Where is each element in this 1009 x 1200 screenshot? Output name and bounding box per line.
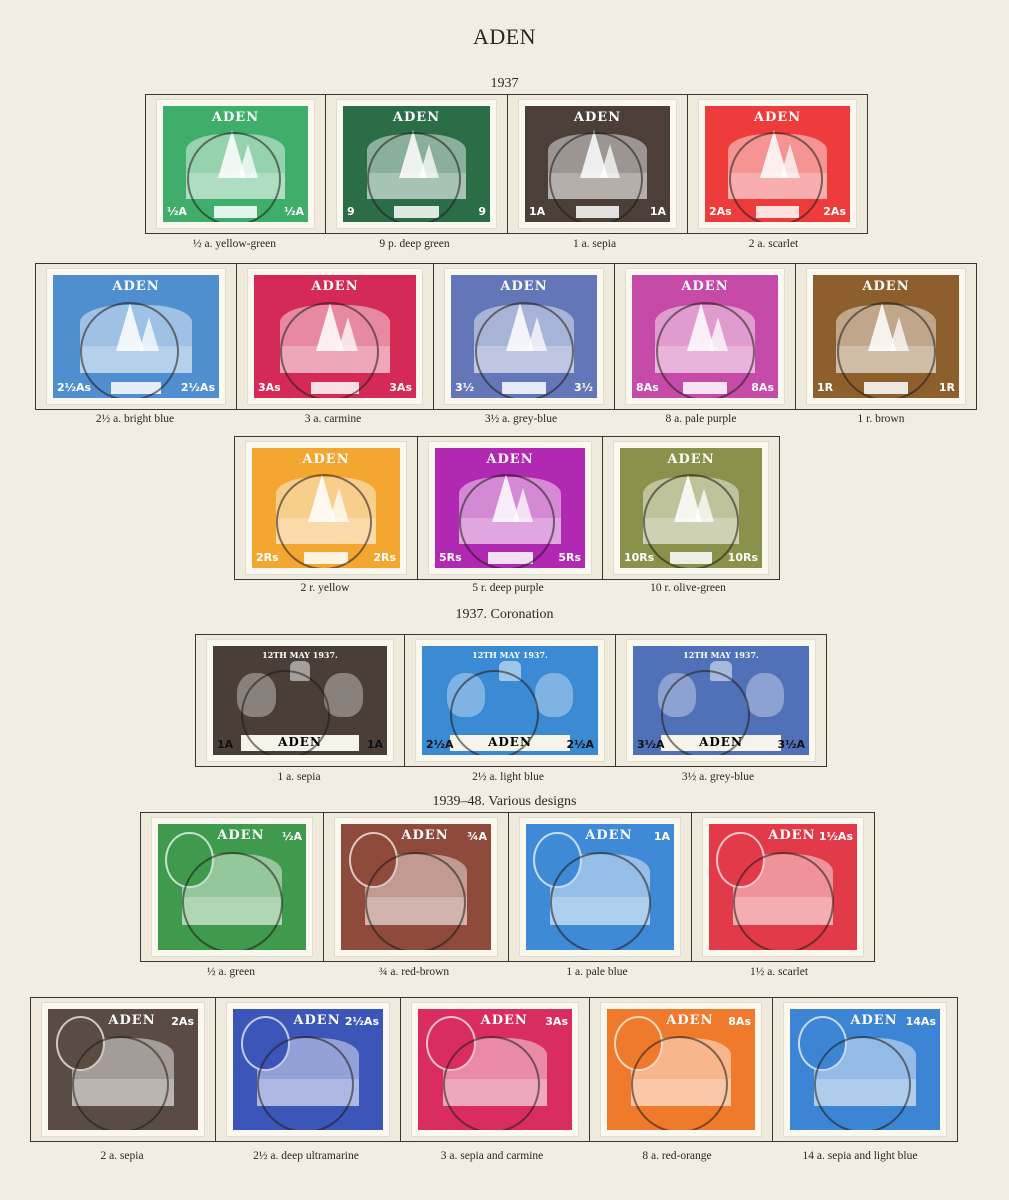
king-portrait	[324, 673, 362, 717]
stamp: ADEN8As	[601, 1003, 761, 1136]
postmark	[459, 474, 555, 568]
stamp: ADEN½A	[152, 818, 312, 956]
stamp-date: 12TH MAY 1937.	[213, 650, 387, 660]
stamp: ADEN3½3½	[445, 269, 603, 404]
stamp-value: 3½A	[637, 738, 665, 751]
postmark	[443, 1036, 540, 1130]
stamp-country-label: ADEN	[651, 1013, 728, 1028]
stamp-slot: ADEN3½3½	[434, 264, 615, 409]
stamp-value: 5Rs	[439, 551, 462, 564]
stamp-country-label: ADEN	[620, 452, 762, 467]
page-title: ADEN	[0, 24, 1009, 50]
stamp-caption: 2½ a. light blue	[472, 771, 544, 783]
stamp-caption: 8 a. pale purple	[666, 413, 737, 425]
postmark	[475, 302, 574, 398]
stamp-value: 1A	[650, 205, 666, 218]
section-heading: 1937. Coronation	[0, 607, 1009, 623]
stamp: ADEN2Rs2Rs	[246, 442, 406, 574]
king-portrait	[746, 673, 785, 717]
stamp-value: 3As	[389, 381, 412, 394]
stamp-slot: ADEN5Rs5Rs	[418, 437, 603, 579]
stamp-caption: 3 a. carmine	[305, 413, 362, 425]
stamp-value: 9	[478, 205, 486, 218]
postmark	[729, 132, 823, 222]
stamp-caption: 5 r. deep purple	[472, 582, 544, 594]
stamp-value: 1½As	[819, 830, 853, 843]
stamp-value: 2As	[823, 205, 846, 218]
stamp: ADEN2½As	[227, 1003, 389, 1136]
postmark	[643, 474, 739, 568]
stamp-value: 3½A	[777, 738, 805, 751]
stamp-country-label: ADEN	[451, 279, 597, 294]
stamp-country-label: ADEN	[813, 279, 959, 294]
stamp-caption: ½ a. yellow-green	[193, 238, 276, 250]
stamp-country-label: ADEN	[464, 1013, 544, 1028]
stamp-date: 12TH MAY 1937.	[422, 650, 598, 660]
stamp: ADEN1R1R	[807, 269, 965, 404]
stamp-row: ADEN2AsADEN2½AsADEN3AsADEN8AsADEN14As	[30, 997, 958, 1142]
stamp-caption: 1 a. sepia	[277, 771, 320, 783]
stamp-value: 2Rs	[373, 551, 396, 564]
stamp-row: ADEN½A½AADEN99ADEN1A1AADEN2As2As	[145, 94, 868, 234]
stamp-value: 8As	[751, 381, 774, 394]
stamp-slot: 12TH MAY 1937.ADEN1A1A	[196, 635, 405, 766]
stamp-value: 2½As	[57, 381, 91, 394]
section-heading: 1939–48. Various designs	[0, 794, 1009, 810]
stamp-value: 2Rs	[256, 551, 279, 564]
stamp-value: 1A	[654, 830, 670, 843]
stamp-caption: 14 a. sepia and light blue	[803, 1150, 918, 1162]
stamp-value: 2½As	[181, 381, 215, 394]
stamp-row: ADEN½AADEN¾AADEN1AADEN1½As	[140, 812, 875, 962]
stamp-slot: ADEN½A½A	[146, 95, 326, 233]
stamp-caption: 1 r. brown	[858, 413, 905, 425]
postmark	[182, 852, 283, 950]
stamp: ADEN½A½A	[157, 100, 314, 228]
postmark	[656, 302, 755, 398]
stamp: ADEN1A1A	[519, 100, 676, 228]
stamp: ADEN1½As	[703, 818, 863, 956]
stamp-slot: 12TH MAY 1937.ADEN3½A3½A	[616, 635, 826, 766]
postmark	[280, 302, 379, 398]
stamp-caption: 1 a. pale blue	[566, 966, 627, 978]
stamp: ADEN99	[337, 100, 496, 228]
stamp-country-label: ADEN	[163, 110, 308, 125]
stamp-slot: ADEN2As	[31, 998, 216, 1141]
stamp-slot: ADEN3As	[401, 998, 590, 1141]
stamp: ADEN8As8As	[626, 269, 784, 404]
stamp-row: 12TH MAY 1937.ADEN1A1A12TH MAY 1937.ADEN…	[195, 634, 827, 767]
stamp-caption: ¾ a. red-brown	[379, 966, 449, 978]
stamp: ADEN¾A	[335, 818, 497, 956]
stamp-slot: ADEN2½As2½As	[36, 264, 237, 409]
stamp: ADEN2½As2½As	[47, 269, 225, 404]
stamp-value: ½A	[284, 205, 304, 218]
stamp-caption: 2½ a. deep ultramarine	[253, 1150, 359, 1162]
stamp-slot: ADEN10Rs10Rs	[603, 437, 779, 579]
postmark	[661, 670, 750, 755]
stamp-value: 5Rs	[558, 551, 581, 564]
stamp-value: 1A	[529, 205, 545, 218]
stamp-slot: ADEN99	[326, 95, 508, 233]
stamp-slot: ADEN1A1A	[508, 95, 688, 233]
stamp-value: 3As	[258, 381, 281, 394]
stamp: 12TH MAY 1937.ADEN2½A2½A	[416, 640, 604, 761]
stamp-value: 14As	[906, 1015, 936, 1028]
postmark	[367, 132, 461, 222]
postmark	[814, 1036, 911, 1130]
stamp-caption: 3½ a. grey-blue	[682, 771, 754, 783]
postmark	[257, 1036, 354, 1130]
stamp-value: 3½	[455, 381, 474, 394]
stamp-value: 2As	[171, 1015, 194, 1028]
stamp: ADEN2As	[42, 1003, 204, 1136]
stamp: ADEN3As3As	[248, 269, 422, 404]
stamp-value: 2½A	[566, 738, 594, 751]
stamp-value: 2½As	[345, 1015, 379, 1028]
postmark	[72, 1036, 169, 1130]
stamp-value: ½A	[167, 205, 187, 218]
section-heading: 1937	[0, 76, 1009, 92]
stamp-value: 8As	[728, 1015, 751, 1028]
stamp-country-label: ADEN	[252, 452, 400, 467]
postmark	[733, 852, 834, 950]
stamp-slot: ADEN14As	[773, 998, 957, 1141]
stamp-country-label: ADEN	[254, 279, 416, 294]
stamp-country-label: ADEN	[525, 110, 670, 125]
stamp: ADEN3As	[412, 1003, 578, 1136]
stamp-slot: ADEN¾A	[324, 813, 509, 961]
stamp-country-label: ADEN	[343, 110, 490, 125]
stamp-value: 1R	[817, 381, 833, 394]
stamp-value: ½A	[282, 830, 302, 843]
stamp: ADEN10Rs10Rs	[614, 442, 768, 574]
stamp-caption: 9 p. deep green	[379, 238, 449, 250]
postmark	[187, 132, 281, 222]
stamp: ADEN2As2As	[699, 100, 856, 228]
stamp-caption: ½ a. green	[207, 966, 255, 978]
stamp-slot: ADEN3As3As	[237, 264, 434, 409]
stamp-slot: ADEN1R1R	[796, 264, 976, 409]
stamp-value: 3½	[574, 381, 593, 394]
stamp-caption: 3 a. sepia and carmine	[441, 1150, 544, 1162]
stamp-slot: ADEN8As8As	[615, 264, 796, 409]
stamp-value: ¾A	[467, 830, 487, 843]
stamp-slot: 12TH MAY 1937.ADEN2½A2½A	[405, 635, 616, 766]
stamp: ADEN1A	[520, 818, 680, 956]
stamp: ADEN14As	[784, 1003, 946, 1136]
stamp-country-label: ADEN	[93, 1013, 171, 1028]
stamp-country-label: ADEN	[632, 279, 778, 294]
postmark	[550, 852, 651, 950]
stamp-value: 2As	[709, 205, 732, 218]
stamp-country-label: ADEN	[53, 279, 219, 294]
stamp-caption: 10 r. olive-green	[650, 582, 726, 594]
stamp-caption: 1½ a. scarlet	[750, 966, 808, 978]
stamp-value: 8As	[636, 381, 659, 394]
stamp-caption: 1 a. sepia	[573, 238, 616, 250]
stamp-row: ADEN2½As2½AsADEN3As3AsADEN3½3½ADEN8As8As…	[35, 263, 977, 410]
stamp-caption: 3½ a. grey-blue	[485, 413, 557, 425]
stamp-slot: ADEN8As	[590, 998, 773, 1141]
postmark	[631, 1036, 728, 1130]
stamp: 12TH MAY 1937.ADEN1A1A	[207, 640, 393, 761]
stamp-slot: ADEN2Rs2Rs	[235, 437, 418, 579]
stamp-value: 3As	[545, 1015, 568, 1028]
stamp-country-label: ADEN	[435, 452, 585, 467]
stamp-caption: 2½ a. bright blue	[96, 413, 174, 425]
stamp-slot: ADEN1½As	[692, 813, 874, 961]
postmark	[365, 852, 466, 950]
stamp-value: 10Rs	[624, 551, 654, 564]
postmark	[276, 474, 372, 568]
stamp-value: 10Rs	[728, 551, 758, 564]
stamp-value: 1A	[217, 738, 233, 751]
postmark	[241, 670, 330, 755]
stamp-slot: ADEN2½As	[216, 998, 401, 1141]
postmark	[549, 132, 643, 222]
stamp-value: 2½A	[426, 738, 454, 751]
stamp: ADEN5Rs5Rs	[429, 442, 591, 574]
stamp-caption: 2 r. yellow	[301, 582, 350, 594]
stamp-slot: ADEN½A	[141, 813, 324, 961]
stamp-country-label: ADEN	[705, 110, 850, 125]
stamp-date: 12TH MAY 1937.	[633, 650, 809, 660]
postmark	[80, 302, 179, 398]
stamp-caption: 8 a. red-orange	[642, 1150, 711, 1162]
stamp-value: 1R	[939, 381, 955, 394]
stamp-country-label: ADEN	[570, 828, 647, 843]
stamp-slot: ADEN1A	[509, 813, 692, 961]
stamp-country-label: ADEN	[835, 1013, 913, 1028]
stamp: 12TH MAY 1937.ADEN3½A3½A	[627, 640, 815, 761]
stamp-value: 1A	[367, 738, 383, 751]
stamp-country-label: ADEN	[202, 828, 279, 843]
king-portrait	[535, 673, 574, 717]
stamp-value: 9	[347, 205, 355, 218]
stamp-row: ADEN2Rs2RsADEN5Rs5RsADEN10Rs10Rs	[234, 436, 780, 580]
postmark	[837, 302, 936, 398]
stamp-caption: 2 a. sepia	[100, 1150, 143, 1162]
stamp-slot: ADEN2As2As	[688, 95, 867, 233]
stamp-country-label: ADEN	[386, 828, 464, 843]
stamp-caption: 2 a. scarlet	[749, 238, 799, 250]
postmark	[450, 670, 539, 755]
